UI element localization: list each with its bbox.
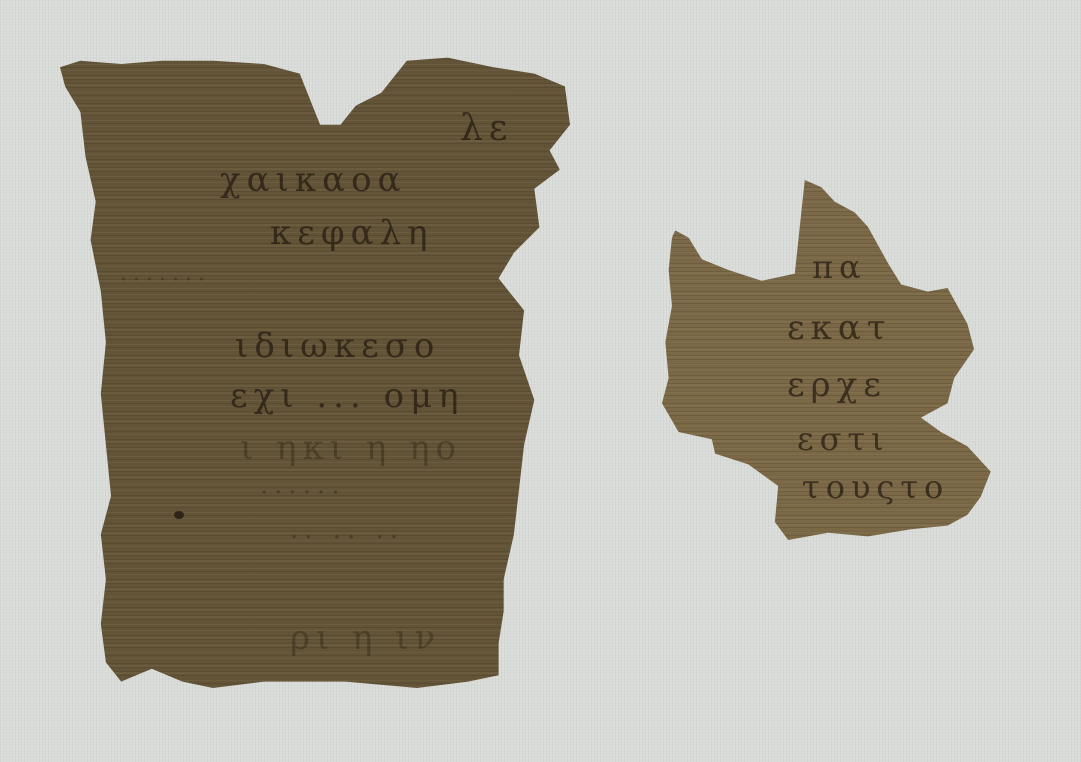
text-line: ιδιωκεσο xyxy=(235,326,440,366)
text-line: ρι η ιν xyxy=(290,618,441,658)
text-line: κεφαλη xyxy=(270,213,434,253)
text-line: πα xyxy=(812,248,867,286)
text-line: εκατ xyxy=(787,308,892,348)
papyrus-fragment-right: πα εκατ ερχε εστι τουςτο xyxy=(662,180,994,540)
text-line: ·· ·· ·· xyxy=(290,523,404,553)
text-line: ······· xyxy=(120,268,211,293)
text-line: λε xyxy=(460,108,513,149)
text-line: ερχε xyxy=(787,365,887,405)
papyrus-fragment-left: λε χαικαοα κεφαλη ······· ιδιωκεσο εχι .… xyxy=(60,48,570,688)
text-line: εχι ... ομη xyxy=(230,376,465,416)
text-line: χαικαοα xyxy=(220,160,407,200)
text-line: τουςτο xyxy=(802,468,949,506)
text-line: εστι xyxy=(797,420,890,458)
text-line: ι ηκι η ηο xyxy=(240,428,462,468)
text-line: ······ xyxy=(260,478,346,508)
hole xyxy=(174,511,184,519)
